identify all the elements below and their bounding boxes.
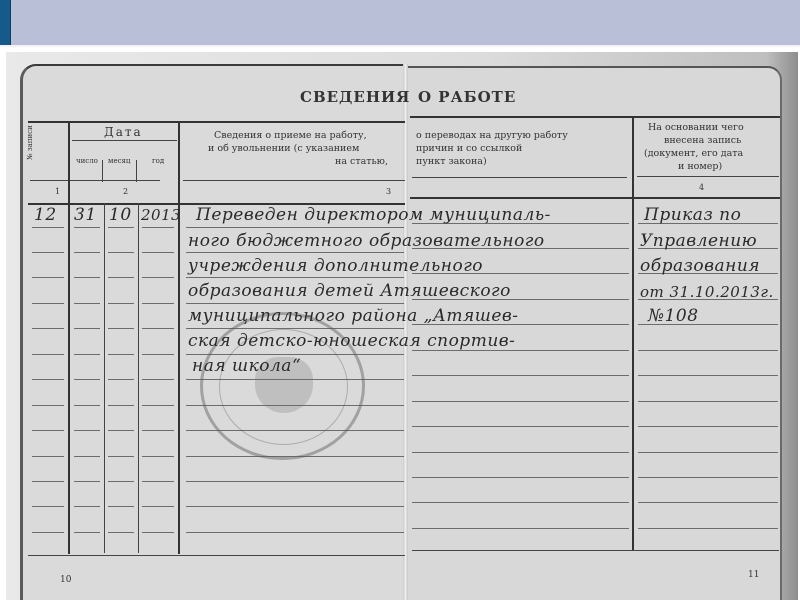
section-title-left: СВЕДЕНИЯ	[300, 88, 410, 106]
ruled-line	[32, 277, 64, 278]
colnum-divider-basis	[637, 176, 779, 177]
ruled-line	[412, 426, 629, 427]
column-number-2: 2	[123, 187, 128, 196]
col-divider-month	[138, 203, 139, 553]
ruled-line	[108, 379, 134, 380]
header-info-left-1: Сведения о приеме на работу,	[214, 129, 367, 142]
entry-month: 10	[109, 205, 132, 225]
header-basis-1: На основании чего	[648, 121, 744, 134]
col-divider-day	[104, 203, 105, 553]
ruled-line	[74, 252, 100, 253]
ruled-line	[74, 532, 100, 533]
table-top-border-left	[28, 121, 405, 123]
header-basis-3: (документ, его дата	[644, 147, 743, 160]
ruled-line	[412, 502, 629, 503]
ruled-line	[638, 452, 778, 453]
header-month: месяц	[108, 157, 130, 165]
header-basis-2: внесена запись	[664, 134, 741, 147]
header-day: число	[76, 157, 98, 165]
header-record-no: № записи	[26, 125, 34, 160]
date-subdivider-1	[102, 160, 103, 182]
entry-text-line-1: Переведен директором муниципаль-	[196, 205, 551, 225]
slide-accent-bar	[0, 0, 11, 45]
ruled-line	[142, 303, 174, 304]
ruled-line	[412, 477, 629, 478]
ruled-line	[412, 401, 629, 402]
ruled-line	[638, 426, 778, 427]
ruled-line	[32, 252, 64, 253]
entry-text-line-4: образования детей Атяшевского	[188, 281, 511, 301]
page-number-right: 11	[748, 570, 759, 580]
ruled-line	[142, 277, 174, 278]
entry-text-line-7: ная школа“	[192, 356, 301, 376]
ruled-line	[32, 303, 64, 304]
ruled-line	[108, 252, 134, 253]
basis-line-1: Приказ по	[644, 205, 741, 225]
header-info-right-2: причин и со ссылкой	[416, 142, 522, 155]
ruled-line	[32, 405, 64, 406]
ruled-line	[74, 456, 100, 457]
ruled-line	[142, 328, 174, 329]
ruled-line	[108, 405, 134, 406]
ruled-line	[108, 481, 134, 482]
ruled-line	[638, 502, 778, 503]
ruled-line	[108, 303, 134, 304]
ruled-line	[108, 430, 134, 431]
header-info-right-1: о переводах на другую работу	[416, 129, 568, 142]
ruled-line	[108, 277, 134, 278]
ruled-line	[32, 227, 64, 228]
ruled-line	[186, 532, 404, 533]
ruled-line	[32, 481, 64, 482]
section-title-right: О РАБОТЕ	[418, 88, 516, 106]
ruled-line	[142, 379, 174, 380]
ruled-line	[638, 528, 778, 529]
ruled-line	[32, 328, 64, 329]
ruled-line	[74, 405, 100, 406]
header-year: год	[152, 157, 164, 165]
ruled-line	[142, 430, 174, 431]
ruled-line	[638, 350, 778, 351]
entry-text-line-2: ного бюджетного образовательного	[188, 231, 545, 251]
column-number-4: 4	[699, 183, 704, 192]
ruled-line	[74, 277, 100, 278]
ruled-line	[142, 252, 174, 253]
date-header-divider	[72, 140, 177, 141]
ruled-line	[186, 481, 404, 482]
ruled-line	[32, 456, 64, 457]
ruled-line	[74, 379, 100, 380]
header-bottom-border-right	[410, 197, 780, 199]
entry-text-line-3: учреждения дополнительного	[188, 256, 483, 276]
ruled-line	[142, 532, 174, 533]
ruled-line	[186, 227, 404, 228]
ruled-line	[108, 227, 134, 228]
colnum-divider-left	[30, 180, 160, 181]
ruled-line	[142, 456, 174, 457]
ruled-line	[412, 528, 629, 529]
ruled-line	[142, 506, 174, 507]
col-divider-date	[178, 121, 180, 554]
header-info-left-2: и об увольнении (с указанием	[208, 142, 359, 155]
ruled-line	[638, 401, 778, 402]
ruled-line	[108, 456, 134, 457]
entry-text-line-6: ская детско-юношеская спортив-	[188, 331, 515, 351]
header-info-left-3: на статью,	[335, 155, 388, 168]
ruled-line	[186, 277, 404, 278]
ruled-line	[74, 328, 100, 329]
slide-header-bar	[0, 0, 800, 45]
ruled-line	[32, 430, 64, 431]
entry-text-line-5: муниципального района „Атяшев-	[188, 306, 519, 326]
entry-year: 2013	[141, 206, 181, 224]
basis-line-2: Управлению	[640, 231, 757, 251]
column-number-3: 3	[386, 187, 391, 196]
header-info-right-3: пункт закона)	[416, 155, 487, 168]
ruled-line	[638, 375, 778, 376]
colnum-divider-mid	[183, 180, 405, 181]
basis-line-4: от 31.10.2013г.	[640, 283, 774, 301]
ruled-line	[32, 379, 64, 380]
basis-line-3: образования	[640, 256, 760, 276]
ruled-line	[412, 452, 629, 453]
ruled-line	[32, 532, 64, 533]
col-divider-record	[68, 121, 70, 554]
col-divider-basis	[632, 116, 634, 550]
colnum-divider-right	[412, 177, 627, 178]
column-number-1: 1	[55, 187, 60, 196]
page-number-left: 10	[60, 575, 71, 585]
date-subdivider-2	[136, 160, 137, 182]
table-bottom-border-left	[28, 555, 405, 556]
slide-header-rule	[0, 45, 800, 47]
ruled-line	[108, 328, 134, 329]
ruled-line	[108, 532, 134, 533]
ruled-line	[142, 481, 174, 482]
ruled-line	[74, 227, 100, 228]
ruled-line	[74, 481, 100, 482]
entry-day: 31	[74, 205, 97, 225]
ruled-line	[186, 303, 404, 304]
ruled-line	[32, 354, 64, 355]
ruled-line	[186, 252, 404, 253]
ruled-line	[32, 506, 64, 507]
header-date: Дата	[104, 126, 143, 139]
entry-record-no: 12	[34, 205, 57, 225]
ruled-line	[142, 354, 174, 355]
table-bottom-border-right	[412, 550, 779, 551]
ruled-line	[412, 375, 629, 376]
basis-line-5: №108	[648, 306, 699, 326]
ruled-line	[74, 430, 100, 431]
ruled-line	[186, 506, 404, 507]
ruled-line	[142, 227, 174, 228]
ruled-line	[74, 506, 100, 507]
ruled-line	[74, 354, 100, 355]
ruled-line	[108, 354, 134, 355]
ruled-line	[638, 477, 778, 478]
header-basis-4: и номер)	[678, 160, 722, 173]
ruled-line	[74, 303, 100, 304]
ruled-line	[108, 506, 134, 507]
ruled-line	[142, 405, 174, 406]
table-top-border-right	[410, 116, 780, 118]
